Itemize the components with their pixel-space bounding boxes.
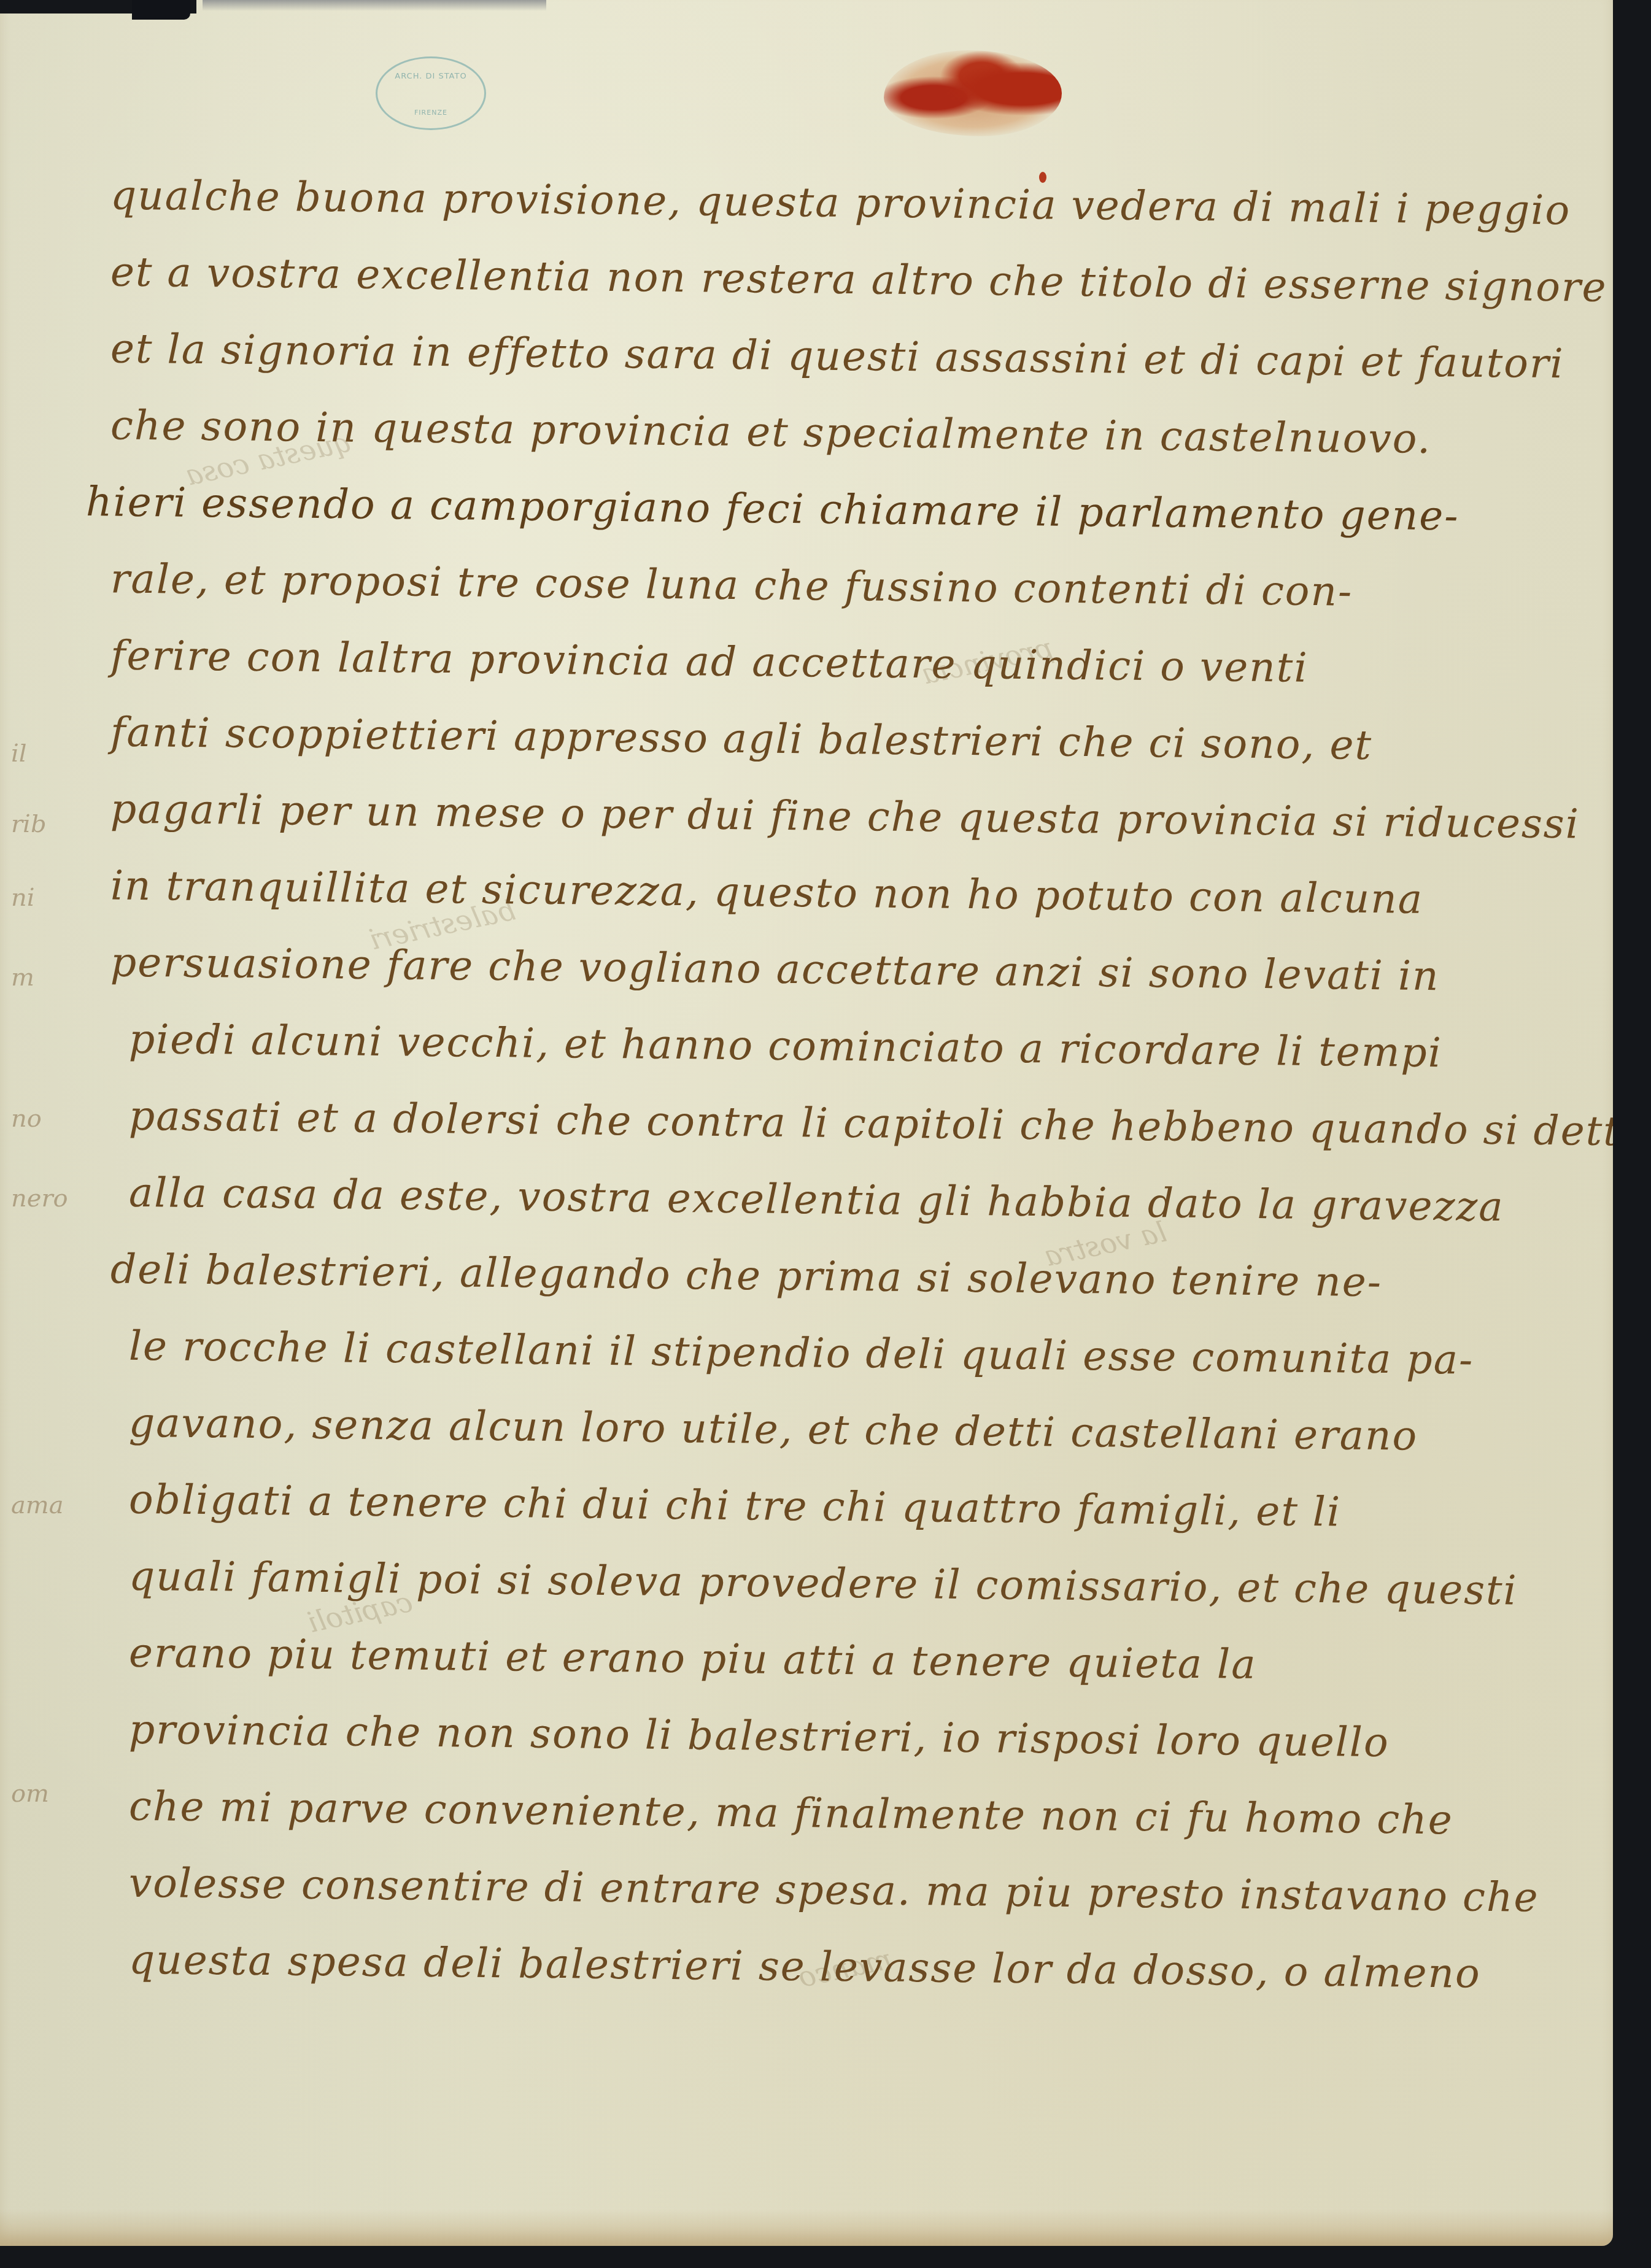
margin-fragment: om (11, 1780, 49, 1808)
wax-seal-remnant (884, 50, 1062, 136)
torn-corner (132, 0, 190, 20)
scan-border-right (1613, 0, 1651, 2268)
archive-stamp: ARCH. DI STATO FIRENZE (376, 56, 486, 130)
letter-body: qualche buona provisione, questa provinc… (86, 156, 1596, 1997)
margin-fragment: nero (11, 1184, 68, 1213)
text-line: questa spesa deli balestrieri se levasse… (85, 1921, 1596, 2013)
margin-fragment: ama (11, 1491, 64, 1519)
stamp-text-bottom: FIRENZE (377, 109, 484, 117)
margin-fragment: m (11, 963, 34, 992)
margin-fragment: no (11, 1105, 42, 1133)
manuscript-page: ARCH. DI STATO FIRENZE questa cosa provi… (0, 0, 1613, 2246)
scan-border-bottom (0, 2246, 1651, 2268)
margin-fragment: il (11, 739, 27, 768)
margin-fragment: ni (11, 884, 35, 912)
stamp-text-top: ARCH. DI STATO (377, 72, 484, 81)
top-edge-smudge (203, 0, 546, 11)
margin-fragment: rib (11, 810, 47, 838)
